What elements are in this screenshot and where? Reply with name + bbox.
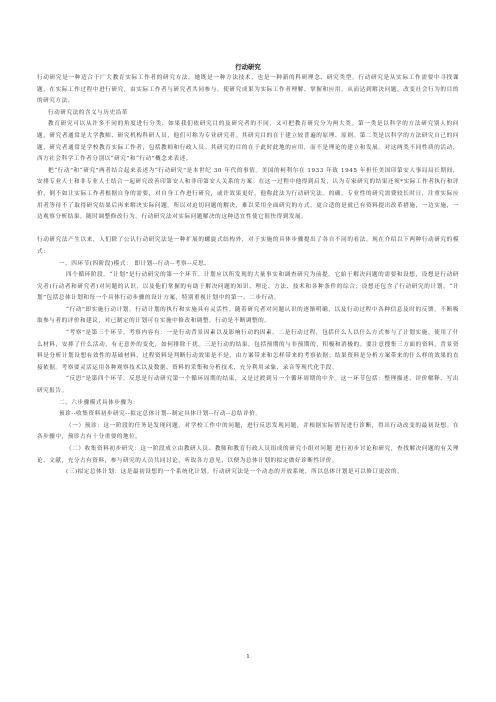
- paragraph-reflect: “反思”是第四个环节。反思是行动研究第一个循环周期的结束，又是过渡到另一个循环周…: [37, 374, 459, 397]
- heading-four-stage-model: 一、四环节(四阶段)模式： 即计划--行动--考察--反思。: [37, 259, 459, 271]
- paragraph-intro: 行动研究是一种适合于广大教育实际工作者的研究方法。她既是一种方法技术，也是一种新…: [37, 73, 459, 108]
- paragraph-step-2: （二）收集资料初步研究：这一阶段成立由教研人员、教师和教育行政人员组成的研究小组…: [37, 444, 459, 467]
- paragraph-models-intro: 行动研究法产生以来，人们除了公认行动研究法是一种扩展的螺旋式结构外，对于实施的具…: [37, 235, 459, 258]
- six-step-sequence: 预诊--收集资料初步研究--拟定总体计划--制定具体计划--行动--总结评价。: [37, 409, 459, 421]
- heading-six-step-model: 二、六步骤模式具体步骤为：: [37, 398, 459, 410]
- paragraph-step-3: (三)拟定总体计划：这是最初设想的一个系统化计划。行动研究法是一个动态的开放系统…: [37, 467, 459, 479]
- paragraph-step-1: （一）预诊：这一阶段的任务是发现问题，对学校工作中的问题，进行反思发现问题，并根…: [37, 421, 459, 444]
- paragraph-classification: 教育研究可以从许多不同的角度进行分类，如果我们依研究目的及研究者的不同，又可把教…: [37, 119, 459, 165]
- paragraph-observe: “考察”是第三个环节。考察内容有：一是行动背景因素以及影响行动的因素。二是行动过…: [37, 328, 459, 374]
- paragraph-action: “行动”即实施行动计划。行动计划的执行和实施具有灵活性。随着研究者对问题认识的逐…: [37, 305, 459, 328]
- page-number: 1: [0, 654, 496, 660]
- document-title: 行动研究: [37, 62, 459, 72]
- blank-line: [37, 224, 459, 236]
- document-page: 行动研究 行动研究是一种适合于广大教育实际工作者的研究方法。她既是一种方法技术，…: [37, 62, 459, 479]
- paragraph-history: 把“行动”和“研究”两者结合起来表述为“行动研究”是本世纪 30 年代的事情。美…: [37, 166, 459, 224]
- paragraph-plan: 四个循环阶段。“计划”是行动研究的第一个环节。计划应以所发现的大量事实和调查研究…: [37, 270, 459, 305]
- section-heading-definition: 行动研究法的含义与历史沿革: [37, 108, 459, 120]
